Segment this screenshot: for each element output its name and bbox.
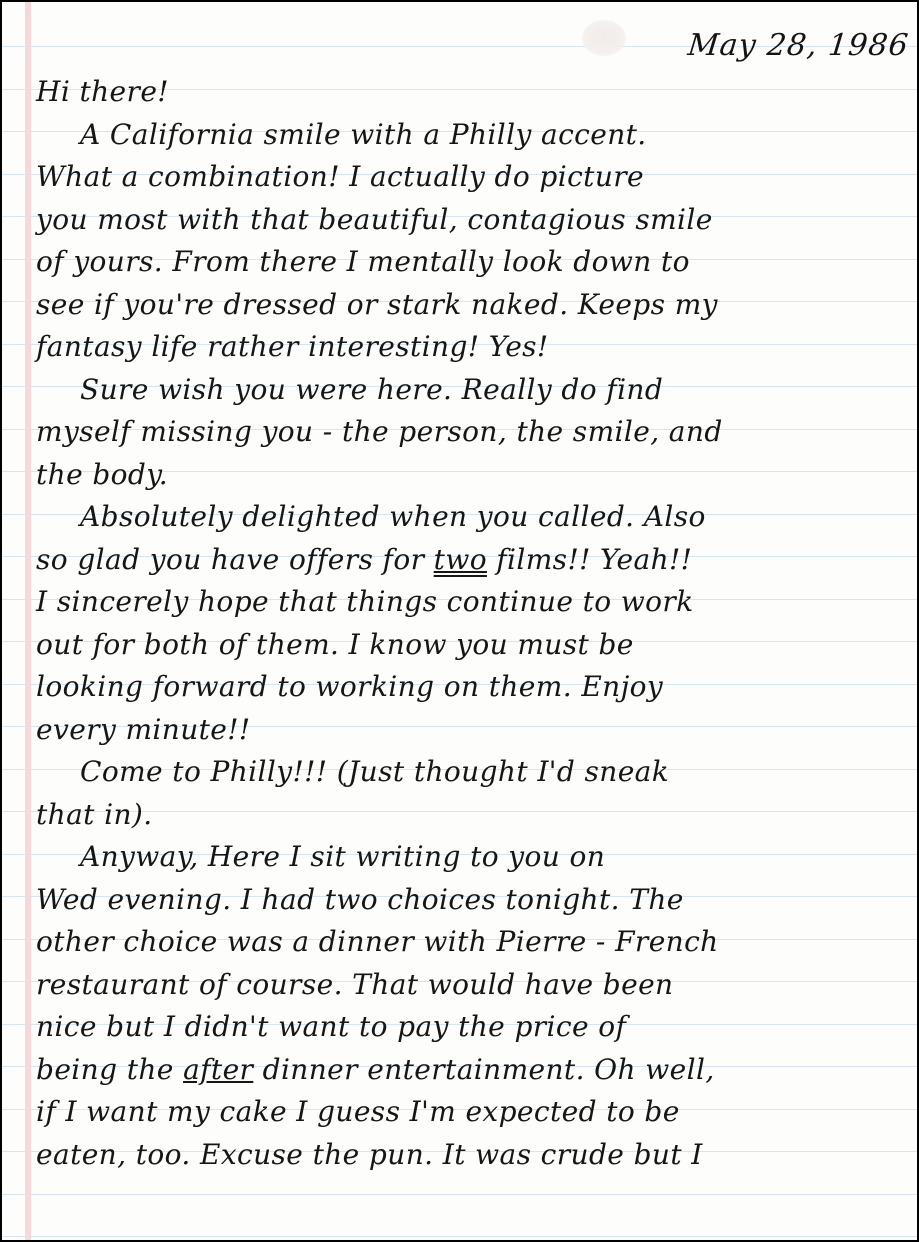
letter-line: eaten, too. Excuse the pun. It was crude… xyxy=(36,1139,897,1171)
paper-stain xyxy=(582,20,626,56)
letter-line: of yours. From there I mentally look dow… xyxy=(36,246,897,278)
letter-line: Come to Philly!!! (Just thought I'd snea… xyxy=(36,756,897,788)
letter-line: myself missing you - the person, the smi… xyxy=(36,416,897,448)
letter-line: Sure wish you were here. Really do find xyxy=(36,374,897,406)
letter-line: that in). xyxy=(36,799,897,831)
letter-line: see if you're dressed or stark naked. Ke… xyxy=(36,289,897,321)
letter-line: Wed evening. I had two choices tonight. … xyxy=(36,884,897,916)
letter-line: I sincerely hope that things continue to… xyxy=(36,586,897,618)
letter-line: What a combination! I actually do pictur… xyxy=(36,161,897,193)
letter-date: May 28, 1986 xyxy=(686,28,910,63)
letter-line: other choice was a dinner with Pierre - … xyxy=(36,926,897,958)
letter-line: restaurant of course. That would have be… xyxy=(36,969,897,1001)
letter-line: Hi there! xyxy=(36,76,897,108)
letter-page: May 28, 1986 Hi there!A California smile… xyxy=(0,0,919,1242)
letter-line: Anyway, Here I sit writing to you on xyxy=(36,841,897,873)
letter-line: if I want my cake I guess I'm expected t… xyxy=(36,1096,897,1128)
letter-line: looking forward to working on them. Enjo… xyxy=(36,671,897,703)
letter-line: Absolutely delighted when you called. Al… xyxy=(36,501,897,533)
letter-line: being the after dinner entertainment. Oh… xyxy=(36,1054,897,1086)
letter-line: out for both of them. I know you must be xyxy=(36,629,897,661)
letter-line: you most with that beautiful, contagious… xyxy=(36,204,897,236)
letter-line: fantasy life rather interesting! Yes! xyxy=(36,331,897,363)
letter-line: the body. xyxy=(36,459,897,491)
letter-line: every minute!! xyxy=(36,714,897,746)
underlined-word: after xyxy=(183,1053,253,1086)
underlined-word: two xyxy=(434,543,487,576)
letter-line: so glad you have offers for two films!! … xyxy=(36,544,897,576)
letter-line: A California smile with a Philly accent. xyxy=(36,119,897,151)
ruled-line xyxy=(2,1194,917,1195)
ruled-line xyxy=(2,1236,917,1237)
margin-line xyxy=(25,2,31,1240)
letter-line: nice but I didn't want to pay the price … xyxy=(36,1011,897,1043)
